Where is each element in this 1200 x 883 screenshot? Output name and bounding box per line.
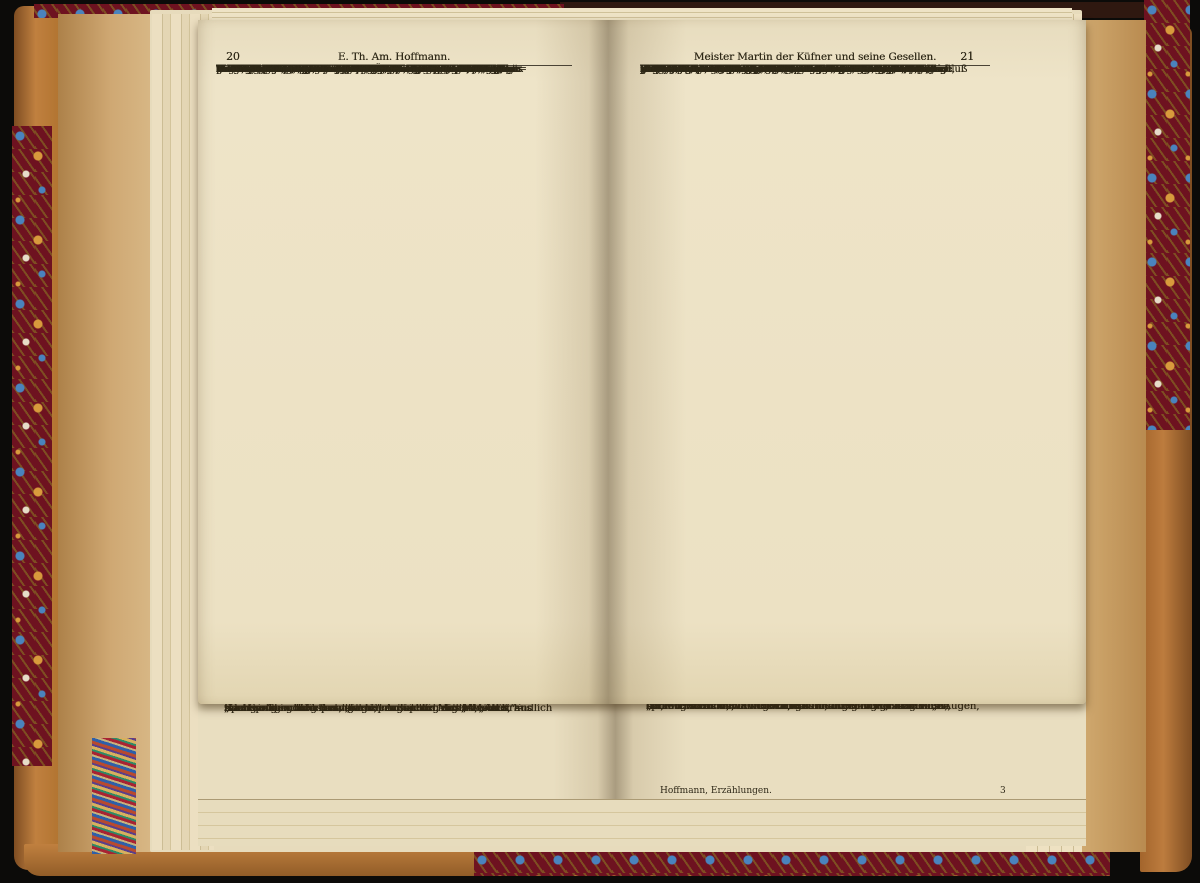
- right-page-number: 21: [960, 50, 974, 63]
- signature-footer-title: Hoffmann, Erzählungen.: [660, 786, 772, 796]
- spread-gutter-shadow: [198, 20, 1086, 704]
- left-running-header: E. Th. Am. Hoffmann.: [216, 51, 572, 63]
- text-line: fuhr Spangenberg fort, „wenn nun ein tüc…: [224, 702, 532, 716]
- book-photograph: Spangenberg und Baumgartner schauten sic…: [0, 0, 1200, 883]
- open-page-spread: [198, 20, 1086, 704]
- marbled-endpaper-right: [1144, 0, 1190, 430]
- signature-sheet-number: 3: [1000, 786, 1006, 796]
- marbled-edge-bottom: [474, 850, 1110, 876]
- flyleaf-right: [1082, 20, 1146, 852]
- marbled-endpaper-left: [12, 126, 52, 766]
- flyleaf-left: [58, 14, 154, 852]
- text-line: Thorheit, laßt die ewige Macht gebieten,…: [216, 63, 520, 76]
- right-running-header: Meister Martin der Küfner und seine Gese…: [640, 51, 990, 63]
- leaf-edges-below: [198, 800, 1086, 846]
- decorated-page-edge-band: [92, 738, 136, 854]
- text-line: ein Lied in der hohen, fröhlichen Lobewe…: [640, 63, 913, 76]
